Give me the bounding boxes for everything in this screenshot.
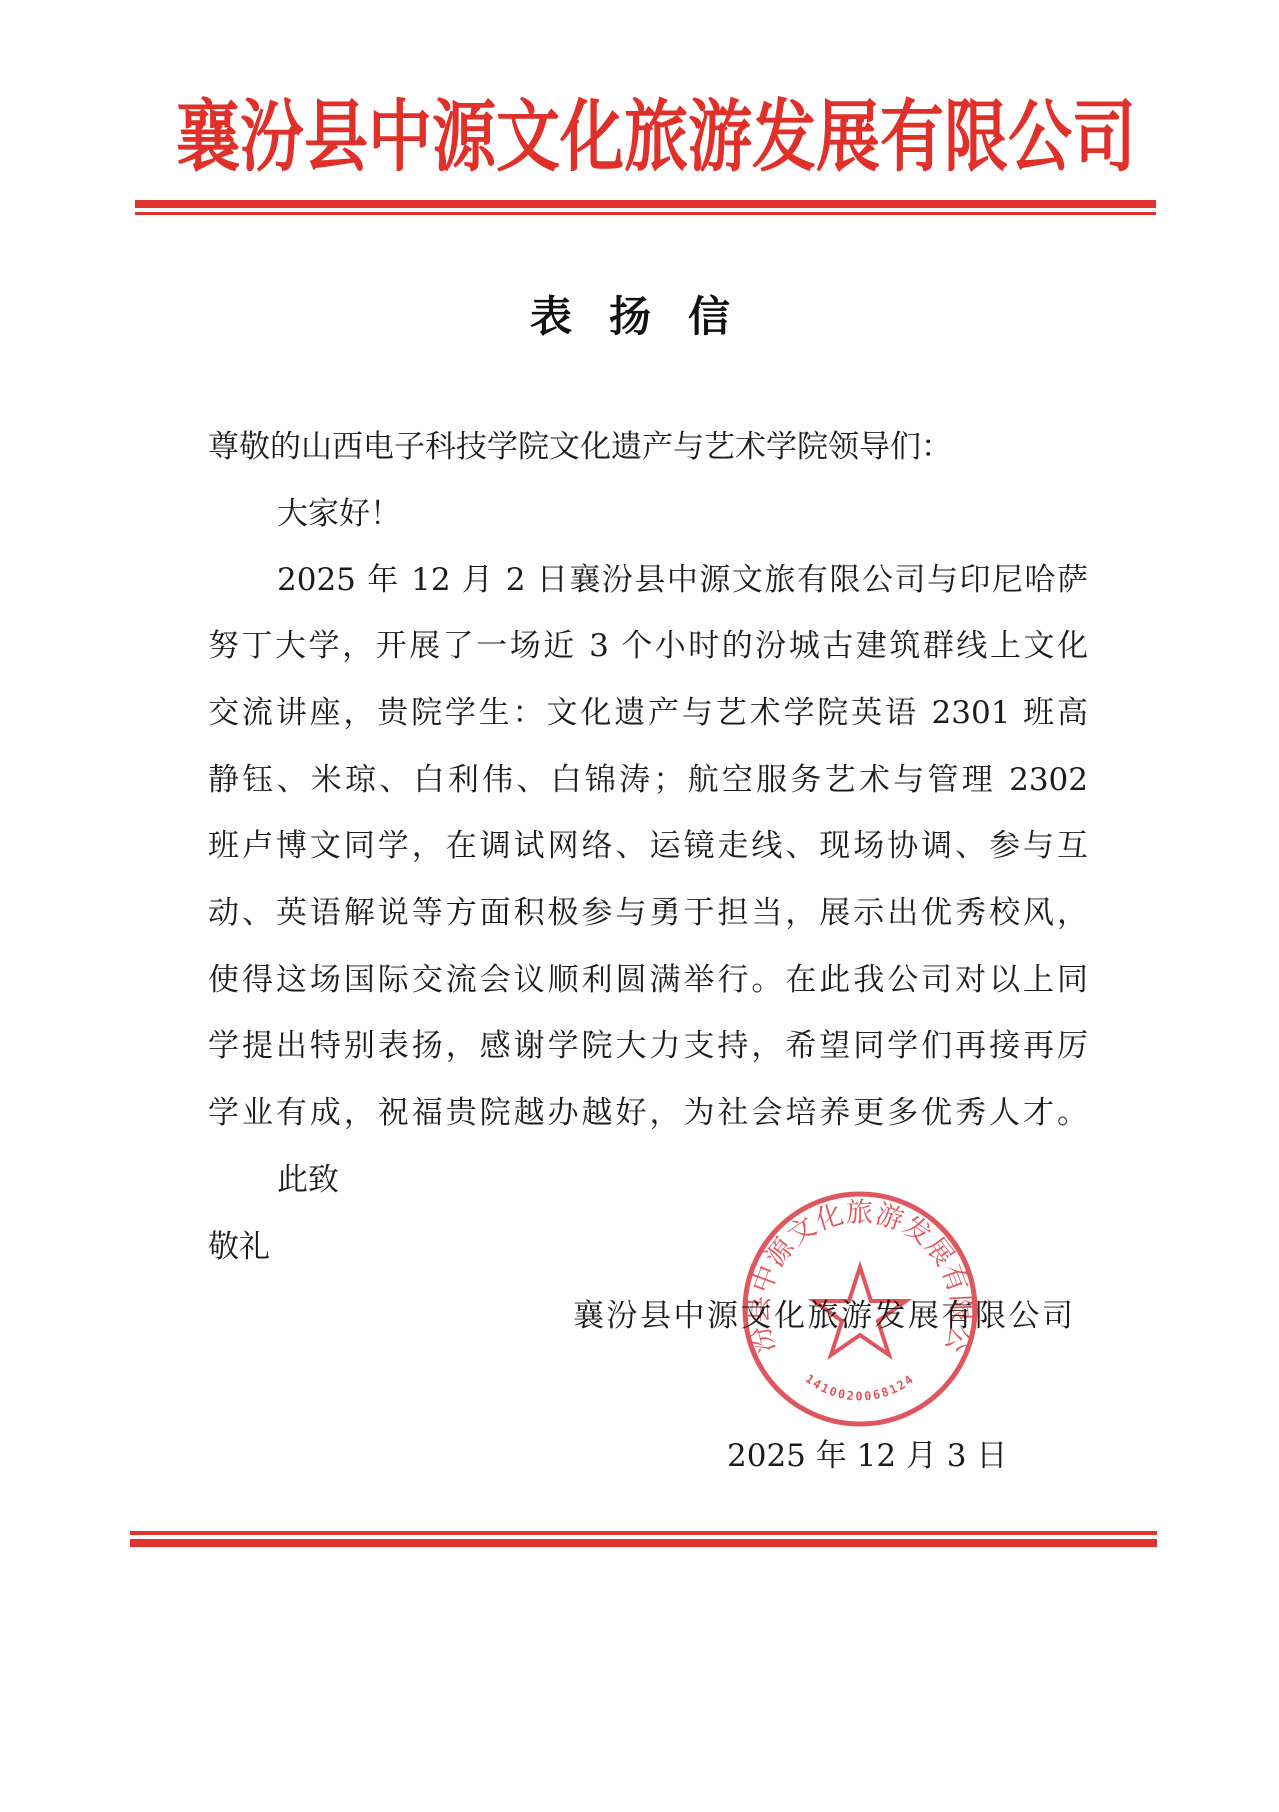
document-heading: 表 扬 信 (530, 286, 730, 342)
greeting: 大家好！ (277, 494, 401, 534)
letterhead-char: 展 (816, 99, 880, 177)
letterhead-char: 司 (1072, 99, 1136, 177)
body-line: 努丁大学，开展了一场近 3 个小时的汾城古建筑群线上文化 (208, 626, 1088, 666)
letterhead-char: 公 (1008, 99, 1072, 177)
letterhead-char: 化 (560, 99, 624, 177)
closing-line-1: 此致 (277, 1160, 339, 1200)
body-line: 交流讲座，贵院学生：文化遗产与艺术学院英语 2301 班高 (208, 693, 1088, 733)
salutation: 尊敬的山西电子科技学院文化遗产与艺术学院领导们： (208, 427, 952, 467)
footer-rule-thick (130, 1539, 1157, 1547)
letterhead-company-name: 襄汾县中源文化旅游发展有限公司 (176, 96, 1116, 180)
letterhead-char: 襄 (176, 99, 240, 177)
signature-company: 襄汾县中源文化旅游发展有限公司 (573, 1296, 1073, 1336)
heading-char: 扬 (609, 284, 651, 344)
body-line: 动、英语解说等方面积极参与勇于担当，展示出优秀校风， (208, 893, 1088, 933)
footer-rule-thin (130, 1531, 1157, 1535)
letterhead-char: 发 (752, 99, 816, 177)
svg-text:1410020068124: 1410020068124 (803, 1371, 918, 1403)
body-line: 班卢博文同学，在调试网络、运镜走线、现场协调、参与互 (208, 826, 1088, 866)
letterhead-char: 有 (880, 99, 944, 177)
heading-char: 表 (530, 284, 572, 344)
letterhead-char: 旅 (624, 99, 688, 177)
letterhead-char: 文 (496, 99, 560, 177)
letterhead-rule-thick (135, 200, 1156, 208)
letterhead-char: 游 (688, 99, 752, 177)
body-line: 学业有成，祝福贵院越办越好，为社会培养更多优秀人才。 (208, 1093, 1088, 1133)
letterhead-rule-thin (135, 212, 1156, 215)
signature-date: 2025 年 12 月 3 日 (727, 1436, 979, 1476)
heading-char: 信 (688, 284, 730, 344)
letterhead-char: 县 (304, 99, 368, 177)
letter-page: 襄汾县中源文化旅游发展有限公司 表 扬 信 尊敬的山西电子科技学院文化遗产与艺术… (0, 0, 1279, 1812)
letterhead-char: 源 (432, 99, 496, 177)
body-line: 静钰、米琼、白利伟、白锦涛；航空服务艺术与管理 2302 (208, 760, 1088, 800)
body-line: 2025 年 12 月 2 日襄汾县中源文旅有限公司与印尼哈萨 (277, 560, 1088, 600)
body-line: 学提出特别表扬，感谢学院大力支持，希望同学们再接再厉 (208, 1026, 1088, 1066)
closing-line-2: 敬礼 (208, 1227, 270, 1267)
seal-number: 1410020068124 (803, 1371, 918, 1403)
body-line: 使得这场国际交流会议顺利圆满举行。在此我公司对以上同 (208, 960, 1088, 1000)
letterhead-char: 中 (368, 99, 432, 177)
letterhead-char: 限 (944, 99, 1008, 177)
letterhead-char: 汾 (240, 99, 304, 177)
